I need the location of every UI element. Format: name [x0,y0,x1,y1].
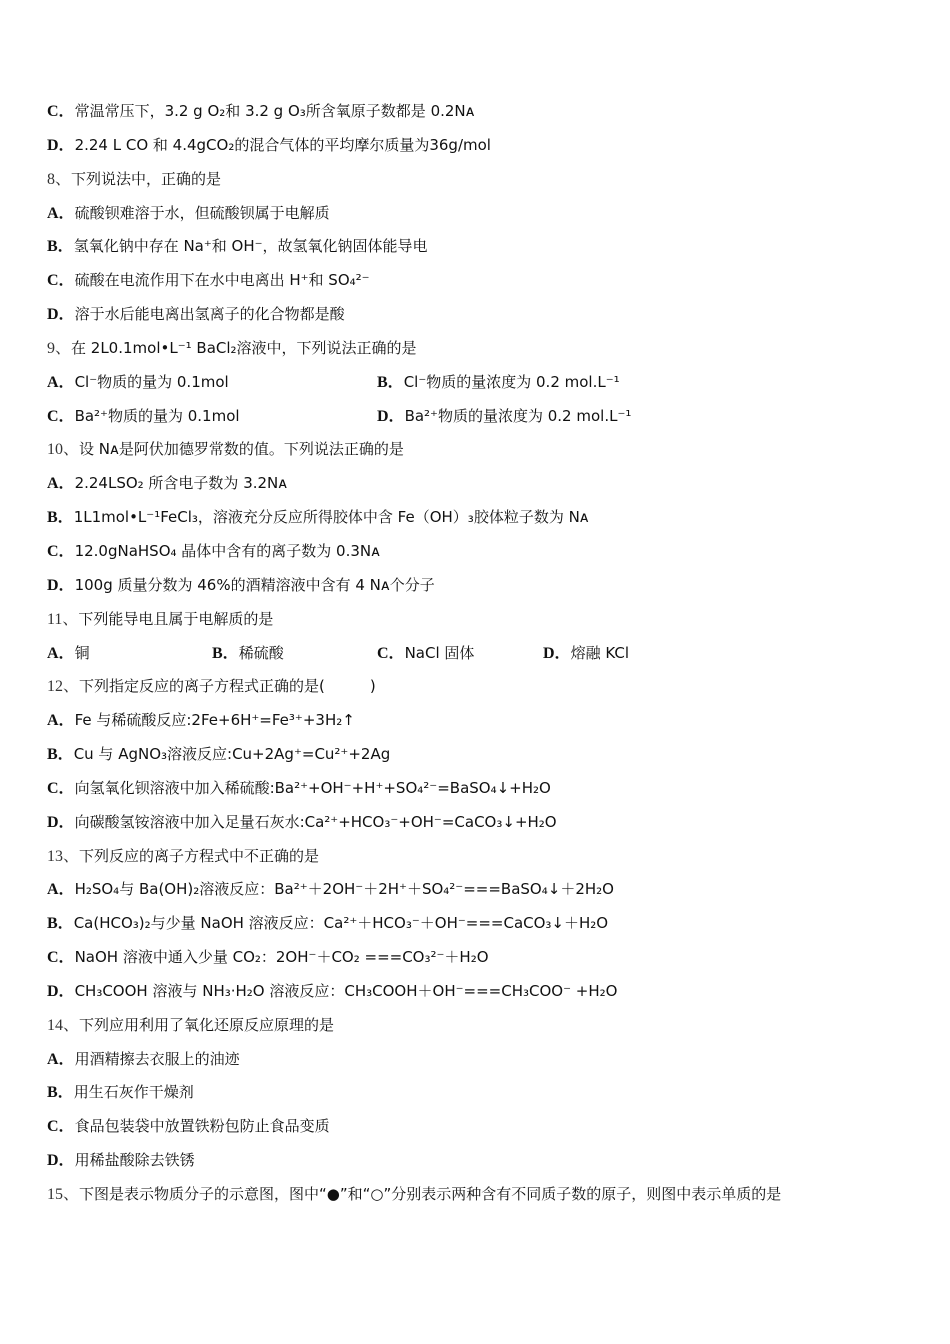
q10-option-b: B．1L1mol•L⁻¹FeCl₃，溶液充分反应所得胶体中含 Fe（OH）₃胶体… [47,501,917,535]
option-label: C． [47,949,75,966]
option-label: B． [212,645,239,662]
option-text: Cl⁻物质的量为 0.1mol [75,373,229,391]
option-label: B． [47,238,74,255]
option-label: D． [377,408,405,425]
q14-option-c: C．食品包装袋中放置铁粉包防止食品变质 [47,1110,917,1144]
q11-option-a: A．铜 [47,637,90,671]
option-text: 用稀盐酸除去铁锈 [75,1151,195,1169]
q13-option-d: D．CH₃COOH 溶液与 NH₃·H₂O 溶液反应：CH₃COOH＋OH⁻==… [47,975,917,1009]
exam-page: C．常温常压下，3.2 g O₂和 3.2 g O₃所含氧原子数都是 0.2Nᴀ… [47,95,917,1212]
option-label: D． [47,137,75,154]
option-text: 常温常压下，3.2 g O₂和 3.2 g O₃所含氧原子数都是 0.2Nᴀ [75,102,475,120]
option-text: CH₃COOH 溶液与 NH₃·H₂O 溶液反应：CH₃COOH＋OH⁻===C… [75,982,618,1000]
option-text: 100g 质量分数为 46%的酒精溶液中含有 4 Nᴀ个分子 [75,576,435,594]
q11-option-b: B．稀硫酸 [212,637,284,671]
option-text: 溶于水后能电离出氢离子的化合物都是酸 [75,305,345,323]
option-text: 硫酸在电流作用下在水中电离出 H⁺和 SO₄²⁻ [75,271,370,289]
q9-option-b: B．Cl⁻物质的量浓度为 0.2 mol.L⁻¹ [377,366,620,400]
question-text: 下列说法中，正确的是 [71,170,221,188]
option-label: B． [47,915,74,932]
option-label: A． [47,645,75,662]
option-label: C． [47,1118,75,1135]
question-number: 9、 [47,340,71,357]
option-label: C． [47,103,75,120]
option-text: 向氢氧化钡溶液中加入稀硫酸:Ba²⁺+OH⁻+H⁺+SO₄²⁻=BaSO₄↓+H… [75,779,551,797]
option-text: 用酒精擦去衣服上的油迹 [75,1050,240,1068]
question-text: 设 Nᴀ是阿伏加德罗常数的值。下列说法正确的是 [79,440,404,458]
q13-option-b: B．Ca(HCO₃)₂与少量 NaOH 溶液反应：Ca²⁺＋HCO₃⁻＋OH⁻=… [47,907,917,941]
option-text: 熔融 KCl [571,644,629,662]
option-text: 用生石灰作干燥剂 [74,1083,194,1101]
option-text: Ba²⁺物质的量为 0.1mol [75,407,240,425]
question-number: 11、 [47,611,78,628]
option-text: Fe 与稀硫酸反应:2Fe+6H⁺=Fe³⁺+3H₂↑ [75,711,355,729]
option-label: C． [47,272,75,289]
option-text: H₂SO₄与 Ba(OH)₂溶液反应：Ba²⁺＋2OH⁻＋2H⁺＋SO₄²⁻==… [75,880,614,898]
question-number: 15、 [47,1186,79,1203]
q13-option-c: C．NaOH 溶液中通入少量 CO₂：2OH⁻＋CO₂ ===CO₃²⁻＋H₂O [47,941,917,975]
question-number: 10、 [47,441,79,458]
option-label: C． [377,645,405,662]
q13-option-a: A．H₂SO₄与 Ba(OH)₂溶液反应：Ba²⁺＋2OH⁻＋2H⁺＋SO₄²⁻… [47,873,917,907]
q12-option-c: C．向氢氧化钡溶液中加入稀硫酸:Ba²⁺+OH⁻+H⁺+SO₄²⁻=BaSO₄↓… [47,772,917,806]
option-text: 铜 [75,644,90,662]
q9-options-cd: C．Ba²⁺物质的量为 0.1mol D．Ba²⁺物质的量浓度为 0.2 mol… [47,400,917,434]
option-text: 1L1mol•L⁻¹FeCl₃，溶液充分反应所得胶体中含 Fe（OH）₃胶体粒子… [74,508,589,526]
q9-option-c: C．Ba²⁺物质的量为 0.1mol [47,400,240,434]
option-text: NaOH 溶液中通入少量 CO₂：2OH⁻＋CO₂ ===CO₃²⁻＋H₂O [75,948,489,966]
option-text: 向碳酸氢铵溶液中加入足量石灰水:Ca²⁺+HCO₃⁻+OH⁻=CaCO₃↓+H₂… [75,813,557,831]
option-label: A． [47,205,75,222]
q10-option-c: C．12.0gNaHSO₄ 晶体中含有的离子数为 0.3Nᴀ [47,535,917,569]
option-text: 氢氧化钠中存在 Na⁺和 OH⁻，故氢氧化钠固体能导电 [74,237,428,255]
option-text: 2.24 L CO 和 4.4gCO₂的混合气体的平均摩尔质量为36g/mol [75,136,491,154]
q11-stem: 11、下列能导电且属于电解质的是 [47,603,917,637]
q13-stem: 13、下列反应的离子方程式中不正确的是 [47,840,917,874]
option-label: D． [47,814,75,831]
q10-option-d: D．100g 质量分数为 46%的酒精溶液中含有 4 Nᴀ个分子 [47,569,917,603]
q15-stem: 15、下图是表示物质分子的示意图，图中“●”和“○”分别表示两种含有不同质子数的… [47,1178,917,1212]
q9-options-ab: A．Cl⁻物质的量为 0.1mol B．Cl⁻物质的量浓度为 0.2 mol.L… [47,366,917,400]
question-text: 下列反应的离子方程式中不正确的是 [79,847,319,865]
q11-option-c: C．NaCl 固体 [377,637,474,671]
question-text: 下列能导电且属于电解质的是 [78,610,273,628]
option-text: Cl⁻物质的量浓度为 0.2 mol.L⁻¹ [404,373,620,391]
option-label: B． [47,1084,74,1101]
q8-option-d: D．溶于水后能电离出氢离子的化合物都是酸 [47,298,917,332]
option-label: C． [47,543,75,560]
q8-stem: 8、下列说法中，正确的是 [47,163,917,197]
q10-option-a: A．2.24LSO₂ 所含电子数为 3.2Nᴀ [47,467,917,501]
option-label: D． [47,983,75,1000]
option-text: Ca(HCO₃)₂与少量 NaOH 溶液反应：Ca²⁺＋HCO₃⁻＋OH⁻===… [74,914,608,932]
option-text: Cu 与 AgNO₃溶液反应:Cu+2Ag⁺=Cu²⁺+2Ag [74,745,391,763]
q11-options: A．铜 B．稀硫酸 C．NaCl 固体 D．熔融 KCl [47,637,917,671]
option-label: B． [47,746,74,763]
question-text: 在 2L0.1mol•L⁻¹ BaCl₂溶液中，下列说法正确的是 [71,339,417,357]
q12-option-a: A．Fe 与稀硫酸反应:2Fe+6H⁺=Fe³⁺+3H₂↑ [47,704,917,738]
q7-option-c: C．常温常压下，3.2 g O₂和 3.2 g O₃所含氧原子数都是 0.2Nᴀ [47,95,917,129]
option-text: 稀硫酸 [239,644,284,662]
question-text: 下列指定反应的离子方程式正确的是( ) [79,677,376,695]
q9-option-a: A．Cl⁻物质的量为 0.1mol [47,366,229,400]
option-label: D． [47,577,75,594]
option-text: Ba²⁺物质的量浓度为 0.2 mol.L⁻¹ [405,407,632,425]
option-text: 12.0gNaHSO₄ 晶体中含有的离子数为 0.3Nᴀ [75,542,380,560]
q12-option-b: B．Cu 与 AgNO₃溶液反应:Cu+2Ag⁺=Cu²⁺+2Ag [47,738,917,772]
option-label: D． [47,306,75,323]
option-text: 食品包装袋中放置铁粉包防止食品变质 [75,1117,330,1135]
option-label: C． [47,408,75,425]
q14-option-b: B．用生石灰作干燥剂 [47,1076,917,1110]
question-text: 下列应用利用了氧化还原反应原理的是 [79,1016,334,1034]
option-label: A． [47,1051,75,1068]
option-label: C． [47,780,75,797]
q14-stem: 14、下列应用利用了氧化还原反应原理的是 [47,1009,917,1043]
question-number: 13、 [47,848,79,865]
option-label: A． [47,475,75,492]
question-number: 14、 [47,1017,79,1034]
q10-stem: 10、设 Nᴀ是阿伏加德罗常数的值。下列说法正确的是 [47,433,917,467]
q9-stem: 9、在 2L0.1mol•L⁻¹ BaCl₂溶液中，下列说法正确的是 [47,332,917,366]
q12-stem: 12、下列指定反应的离子方程式正确的是( ) [47,670,917,704]
option-label: D． [543,645,571,662]
option-label: B． [47,509,74,526]
q8-option-b: B．氢氧化钠中存在 Na⁺和 OH⁻，故氢氧化钠固体能导电 [47,230,917,264]
q14-option-d: D．用稀盐酸除去铁锈 [47,1144,917,1178]
q14-option-a: A．用酒精擦去衣服上的油迹 [47,1043,917,1077]
option-label: A． [47,712,75,729]
option-label: B． [377,374,404,391]
q11-option-d: D．熔融 KCl [543,637,629,671]
q12-option-d: D．向碳酸氢铵溶液中加入足量石灰水:Ca²⁺+HCO₃⁻+OH⁻=CaCO₃↓+… [47,806,917,840]
question-number: 8、 [47,171,71,188]
question-number: 12、 [47,678,79,695]
option-label: A． [47,881,75,898]
q8-option-a: A．硫酸钡难溶于水，但硫酸钡属于电解质 [47,197,917,231]
option-label: A． [47,374,75,391]
question-text: 下图是表示物质分子的示意图，图中“●”和“○”分别表示两种含有不同质子数的原子，… [79,1185,781,1203]
option-label: D． [47,1152,75,1169]
q9-option-d: D．Ba²⁺物质的量浓度为 0.2 mol.L⁻¹ [377,400,631,434]
q7-option-d: D．2.24 L CO 和 4.4gCO₂的混合气体的平均摩尔质量为36g/mo… [47,129,917,163]
option-text: 硫酸钡难溶于水，但硫酸钡属于电解质 [75,204,330,222]
q8-option-c: C．硫酸在电流作用下在水中电离出 H⁺和 SO₄²⁻ [47,264,917,298]
option-text: 2.24LSO₂ 所含电子数为 3.2Nᴀ [75,474,288,492]
option-text: NaCl 固体 [405,644,475,662]
